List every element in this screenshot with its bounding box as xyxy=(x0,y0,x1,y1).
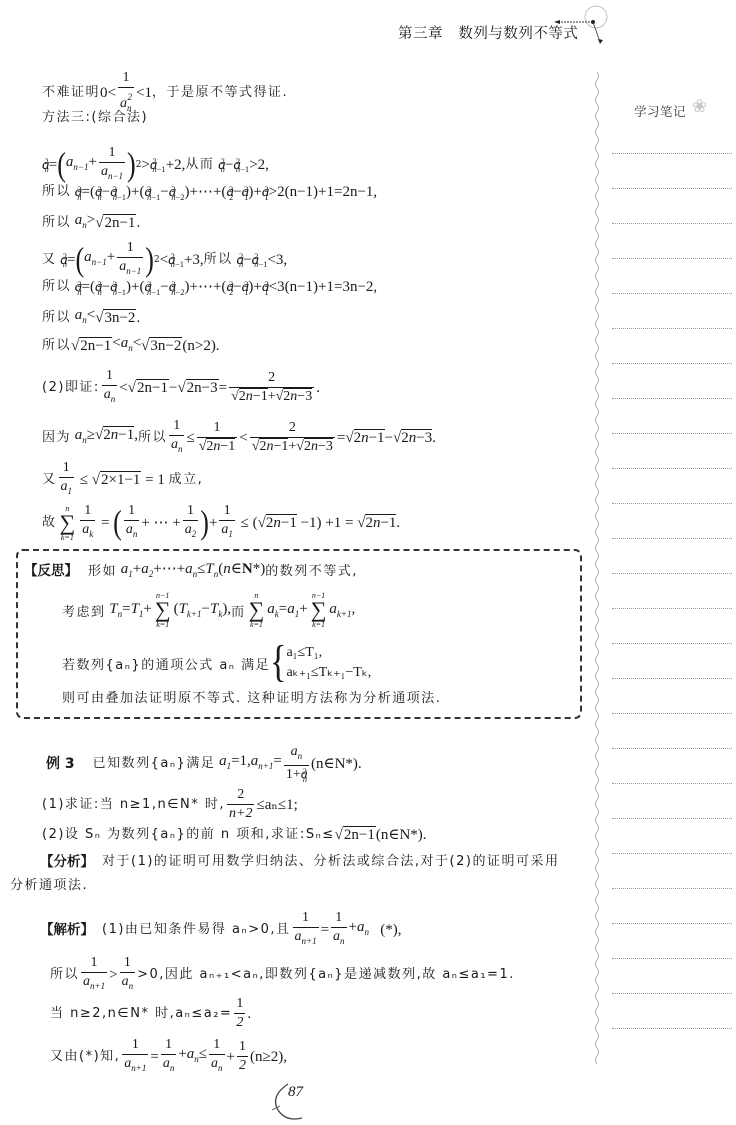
reflection-line-2: 考虑到 Tn=T1+ n−1∑k=1 (Tk+1−Tk), 而 n∑k=1 ak… xyxy=(62,591,355,629)
solution-line-4: 又由(*)知, 1an+1 = 1an +an≤ 1an + 12 (n≥2), xyxy=(50,1037,287,1076)
example-3-question-1: (1)求证:当 n≥1,n∈N* 时, 2n+2 ≤aₙ≤1; xyxy=(42,787,298,822)
note-line xyxy=(612,923,732,924)
proof-line-8: 所以 an< √3n−2. xyxy=(42,305,140,330)
analysis-label: 【分析】 xyxy=(40,852,94,872)
solution-line-2: 所以 1an+1 > 1an >0,因此 aₙ₊₁<aₙ,即数列{aₙ}是递减数… xyxy=(50,955,515,994)
note-line xyxy=(612,363,732,364)
note-line xyxy=(612,713,732,714)
note-line xyxy=(612,503,732,504)
solution-line-3: 当 n≥2,n∈N* 时,aₙ≤a₂= 12. xyxy=(50,996,251,1031)
solution-label: 【解析】 xyxy=(40,920,94,940)
note-line xyxy=(612,188,732,189)
analysis-line-1: 【分析】 对于(1)的证明可用数学归纳法、分析法或综合法,对于(2)的证明可采用 xyxy=(40,852,559,872)
proof-line-7: 所以 a2n=(a2n−a2n−1)+(a2n−1−a2n−2)+⋯+(a22−… xyxy=(42,277,377,297)
proof-line-13: 故 n∑k=1 1ak = ( 1an + ⋯ + 1a2 )+ 1a1 ≤ (… xyxy=(42,503,400,542)
proof-line-9: 所以 √2n−1 <an< √3n−2 (n>2). xyxy=(42,333,220,358)
note-line xyxy=(612,433,732,434)
note-line xyxy=(612,783,732,784)
method-three-heading: 方法三:(综合法) xyxy=(42,108,148,128)
proof-line-10: (2)即证: 1an < √2n−1− √2n−3= 2√2n−1+√2n−3 … xyxy=(42,368,320,407)
reflection-line-1: 【反思】 形如 a1+a2+⋯+an≤Tn(n∈N*) 的数列不等式, xyxy=(24,559,358,579)
proof-line-4: 所以 a2n=(a2n−a2n−1)+(a2n−1−a2n−2)+⋯+(a22−… xyxy=(42,182,377,202)
note-line xyxy=(612,223,732,224)
note-line xyxy=(612,293,732,294)
note-line xyxy=(612,1028,732,1029)
proof-line-5: 所以 an> √2n−1. xyxy=(42,210,140,235)
note-line xyxy=(612,958,732,959)
note-line xyxy=(612,328,732,329)
note-line xyxy=(612,258,732,259)
reflection-line-4: 则可由叠加法证明原不等式. 这种证明方法称为分析通项法. xyxy=(62,687,441,706)
reflection-line-3: 若数列{aₙ}的通项公式 aₙ 满足 { a₁≤T₁, aₖ₊₁≤Tₖ₊₁−Tₖ… xyxy=(62,643,371,683)
example-3-stem: 例 3 已知数列{aₙ}满足 a1=1,an+1= an1+a2n (n∈N*)… xyxy=(46,744,362,783)
example-label: 例 3 xyxy=(46,754,75,774)
note-line xyxy=(612,398,732,399)
note-line xyxy=(612,573,732,574)
reflection-box: 【反思】 形如 a1+a2+⋯+an≤Tn(n∈N*) 的数列不等式, 考虑到 … xyxy=(16,549,582,719)
note-line xyxy=(612,468,732,469)
note-line xyxy=(612,853,732,854)
flower-icon: ❀ xyxy=(692,96,707,117)
notes-title: 学习笔记 xyxy=(634,102,686,120)
note-line xyxy=(612,888,732,889)
proof-line-6: 又 a2n= (an−1+ 1an−1 )2 <a2n−1+3, 所以 a2n−… xyxy=(42,240,287,279)
page-number: 87 xyxy=(288,1084,303,1101)
reflection-label: 【反思】 xyxy=(24,559,78,579)
note-line xyxy=(612,748,732,749)
analysis-line-2: 分析通项法. xyxy=(10,876,88,896)
note-line xyxy=(612,993,732,994)
solution-line-1: 【解析】 (1)由已知条件易得 aₙ>0,且 1an+1 = 1an +an (… xyxy=(40,910,402,949)
note-line xyxy=(612,643,732,644)
note-line xyxy=(612,608,732,609)
main-text-column: 不难证明 0< 1an2 <1 ，于是原不等式得证. 方法三:(综合法) a2n… xyxy=(0,0,590,1125)
wavy-divider xyxy=(594,72,600,1064)
note-line xyxy=(612,538,732,539)
proof-line-3: a2n= (an−1+ 1an−1 )2 >a2n−1+2, 从而 a2n−a2… xyxy=(42,145,269,184)
note-line xyxy=(612,153,732,154)
proof-line-11: 因为 an≥√2n−1, 所以 1an ≤ 1√2n−1 < 2√2n−1+√2… xyxy=(42,418,436,457)
note-line xyxy=(612,818,732,819)
proof-line-12: 又 1a1 ≤ √2×1−1 = 1 成立, xyxy=(42,460,203,499)
example-3-question-2: (2)设 Sₙ 为数列{aₙ}的前 n 项和,求证:Sₙ≤ √2n−1 (n∈N… xyxy=(42,825,427,845)
note-line xyxy=(612,678,732,679)
